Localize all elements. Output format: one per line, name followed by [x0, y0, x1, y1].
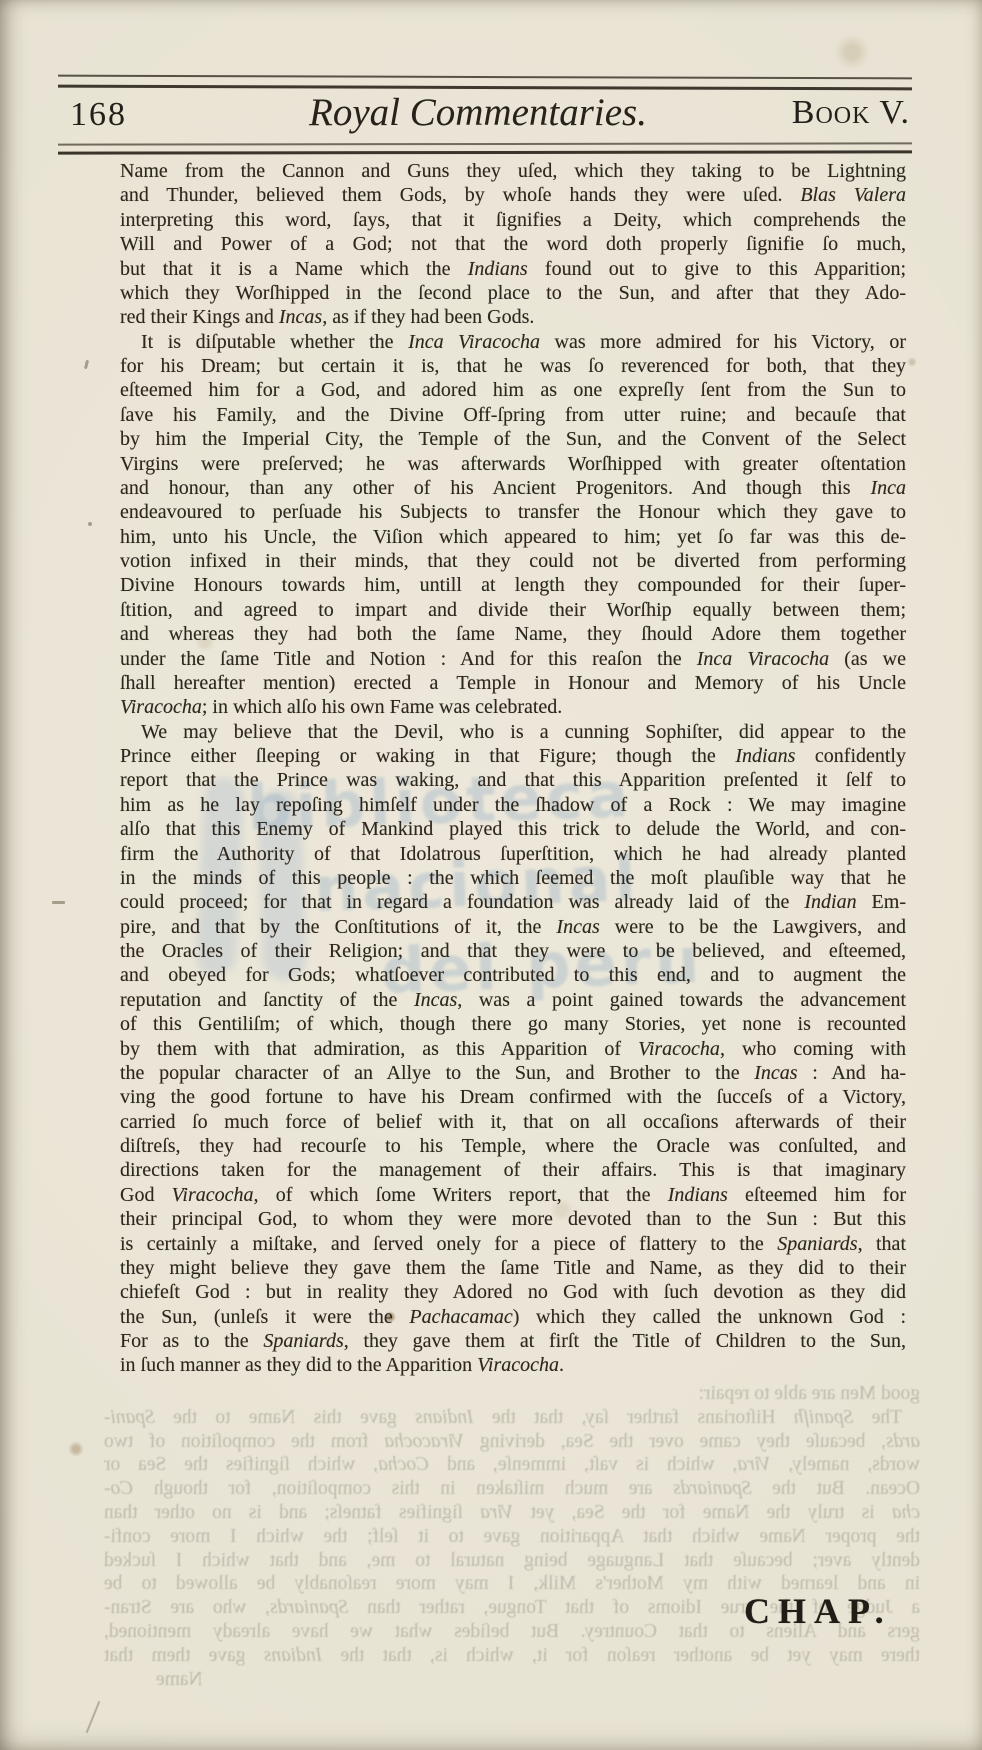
text-line: reputation and ſanctity of the Incas, wa… — [120, 988, 906, 1012]
ghost-line: cha is truly the Name for the Sea, yet V… — [104, 1501, 920, 1525]
text-line: red their Kings and Incas, as if they ha… — [120, 305, 906, 329]
chapter-catchword: CHAP. — [744, 1590, 892, 1632]
ghost-line: there may yet be another reaſon for it, … — [104, 1644, 920, 1668]
text-line: under the ſame Title and Notion : And fo… — [120, 647, 906, 671]
margin-speck — [84, 360, 89, 369]
text-line: could proceed; for that in regard a foun… — [120, 890, 906, 914]
text-line: their principal God, to whom they were m… — [120, 1207, 906, 1231]
text-line: firm the Authority of that Idolatrous ſu… — [120, 842, 906, 866]
text-line: for his Dream; but certain it is, that h… — [120, 354, 906, 378]
book-page-scan: 168 Royal Commentaries. Book V. bibliote… — [0, 0, 982, 1750]
text-line: Virgins were preſerved; he was afterward… — [120, 452, 906, 476]
text-line: him as he lay repoſing himſelf under the… — [120, 793, 906, 817]
text-line: in the minds of this people : the which … — [120, 866, 906, 890]
text-line: and obeyed for Gods; whatſoever contribu… — [120, 963, 906, 987]
text-line: by him the Imperial City, the Temple of … — [120, 427, 906, 451]
text-line: Name from the Cannon and Guns they uſed,… — [120, 159, 906, 183]
ghost-catchword: Name — [104, 1668, 920, 1692]
text-line: the Sun, (unleſs it were the Pachacamac)… — [120, 1305, 906, 1329]
ghost-line: the proper Name which that Apparition ga… — [104, 1525, 920, 1549]
ghost-text: good Men are able to repair:The Spaniſh … — [104, 1382, 920, 1691]
text-line: alſo that this Enemy of Mankind played t… — [120, 817, 906, 841]
margin-speck — [88, 522, 92, 526]
text-line: chiefeſt God : but in reality they Adore… — [120, 1280, 906, 1304]
text-line: directions taken for the management of t… — [120, 1158, 906, 1182]
text-line: Divine Honours towards him, untill at le… — [120, 573, 906, 597]
text-line: ſtition, and agreed to impart and divide… — [120, 598, 906, 622]
book-label: Book V. — [792, 94, 910, 132]
text-line: votion infixed in their minds, that they… — [120, 549, 906, 573]
text-line: interpreting this word, ſays, that it ſi… — [120, 208, 906, 232]
text-line: God Viracocha, of which ſome Writers rep… — [120, 1183, 906, 1207]
text-line: they might believe they gave them the ſa… — [120, 1256, 906, 1280]
text-line: ſave his Family, and the Divine Off-ſpri… — [120, 403, 906, 427]
text-line: which they Worſhipped in the ſecond plac… — [120, 281, 906, 305]
ghost-line: Ocean. But the Spaniards are much miſtak… — [104, 1477, 920, 1501]
ghost-line: The Spaniſh Hiſtorians farther ſay, that… — [104, 1406, 920, 1430]
text-line: him, unto his Uncle, the Viſion which ap… — [120, 525, 906, 549]
text-line: report that the Prince was waking, and t… — [120, 768, 906, 792]
text-line: pire, and that by the Conſtitutions of i… — [120, 915, 906, 939]
text-line: Will and Power of a God; not that the wo… — [120, 232, 906, 256]
text-line: and honour, than any other of his Ancien… — [120, 476, 906, 500]
header-rule-bottom — [58, 142, 912, 154]
text-line: Viracocha; in which alſo his own Fame wa… — [120, 695, 906, 719]
running-title: Royal Commentaries. — [228, 90, 728, 135]
margin-speck — [52, 901, 65, 904]
text-line: is certainly a miſtake, and ſerved onely… — [120, 1232, 906, 1256]
margin-speck — [86, 1701, 101, 1733]
body-text: Name from the Cannon and Guns they uſed,… — [120, 159, 906, 1378]
text-line: ſhall hereafter mention) erected a Templ… — [120, 671, 906, 695]
text-line: the popular character of an Allye to the… — [120, 1061, 906, 1085]
text-line: We may believe that the Devil, who is a … — [120, 720, 906, 744]
text-line: ving the good fortune to have his Dream … — [120, 1085, 906, 1109]
text-line: Prince either ſleeping or waking in that… — [120, 744, 906, 768]
text-line: diſtreſs, they had recourſe to his Templ… — [120, 1134, 906, 1158]
page-number: 168 — [70, 96, 127, 134]
text-line: but that it is a Name which the Indians … — [120, 257, 906, 281]
ghost-line: good Men are able to repair: — [104, 1382, 920, 1406]
text-line: by them with that admiration, as this Ap… — [120, 1037, 906, 1061]
text-line: eſteemed him for a God, and adored him a… — [120, 378, 906, 402]
ghost-line: dently aver; becauſe that Language being… — [104, 1549, 920, 1573]
text-line: For as to the Spaniards, they gave them … — [120, 1329, 906, 1353]
text-line: and Thunder, believed them Gods, by whoſ… — [120, 183, 906, 207]
text-line: It is diſputable whether the Inca Viraco… — [120, 330, 906, 354]
text-line: endeavoured to perſuade his Subjects to … — [120, 500, 906, 524]
header-rule-top — [58, 75, 912, 91]
text-line: in ſuch manner as they did to the Appari… — [120, 1353, 906, 1377]
text-line: and whereas they had both the ſame Name,… — [120, 622, 906, 646]
text-line: the Oracles of their Religion; and that … — [120, 939, 906, 963]
ghost-line: words, namely, Vira, which is vaſt, imme… — [104, 1453, 920, 1477]
text-line: carried ſo much force of belief with it,… — [120, 1110, 906, 1134]
ghost-line: ards, becauſe they came over the Sea, de… — [104, 1430, 920, 1454]
text-line: of this Gentiliſm; of which, though ther… — [120, 1012, 906, 1036]
